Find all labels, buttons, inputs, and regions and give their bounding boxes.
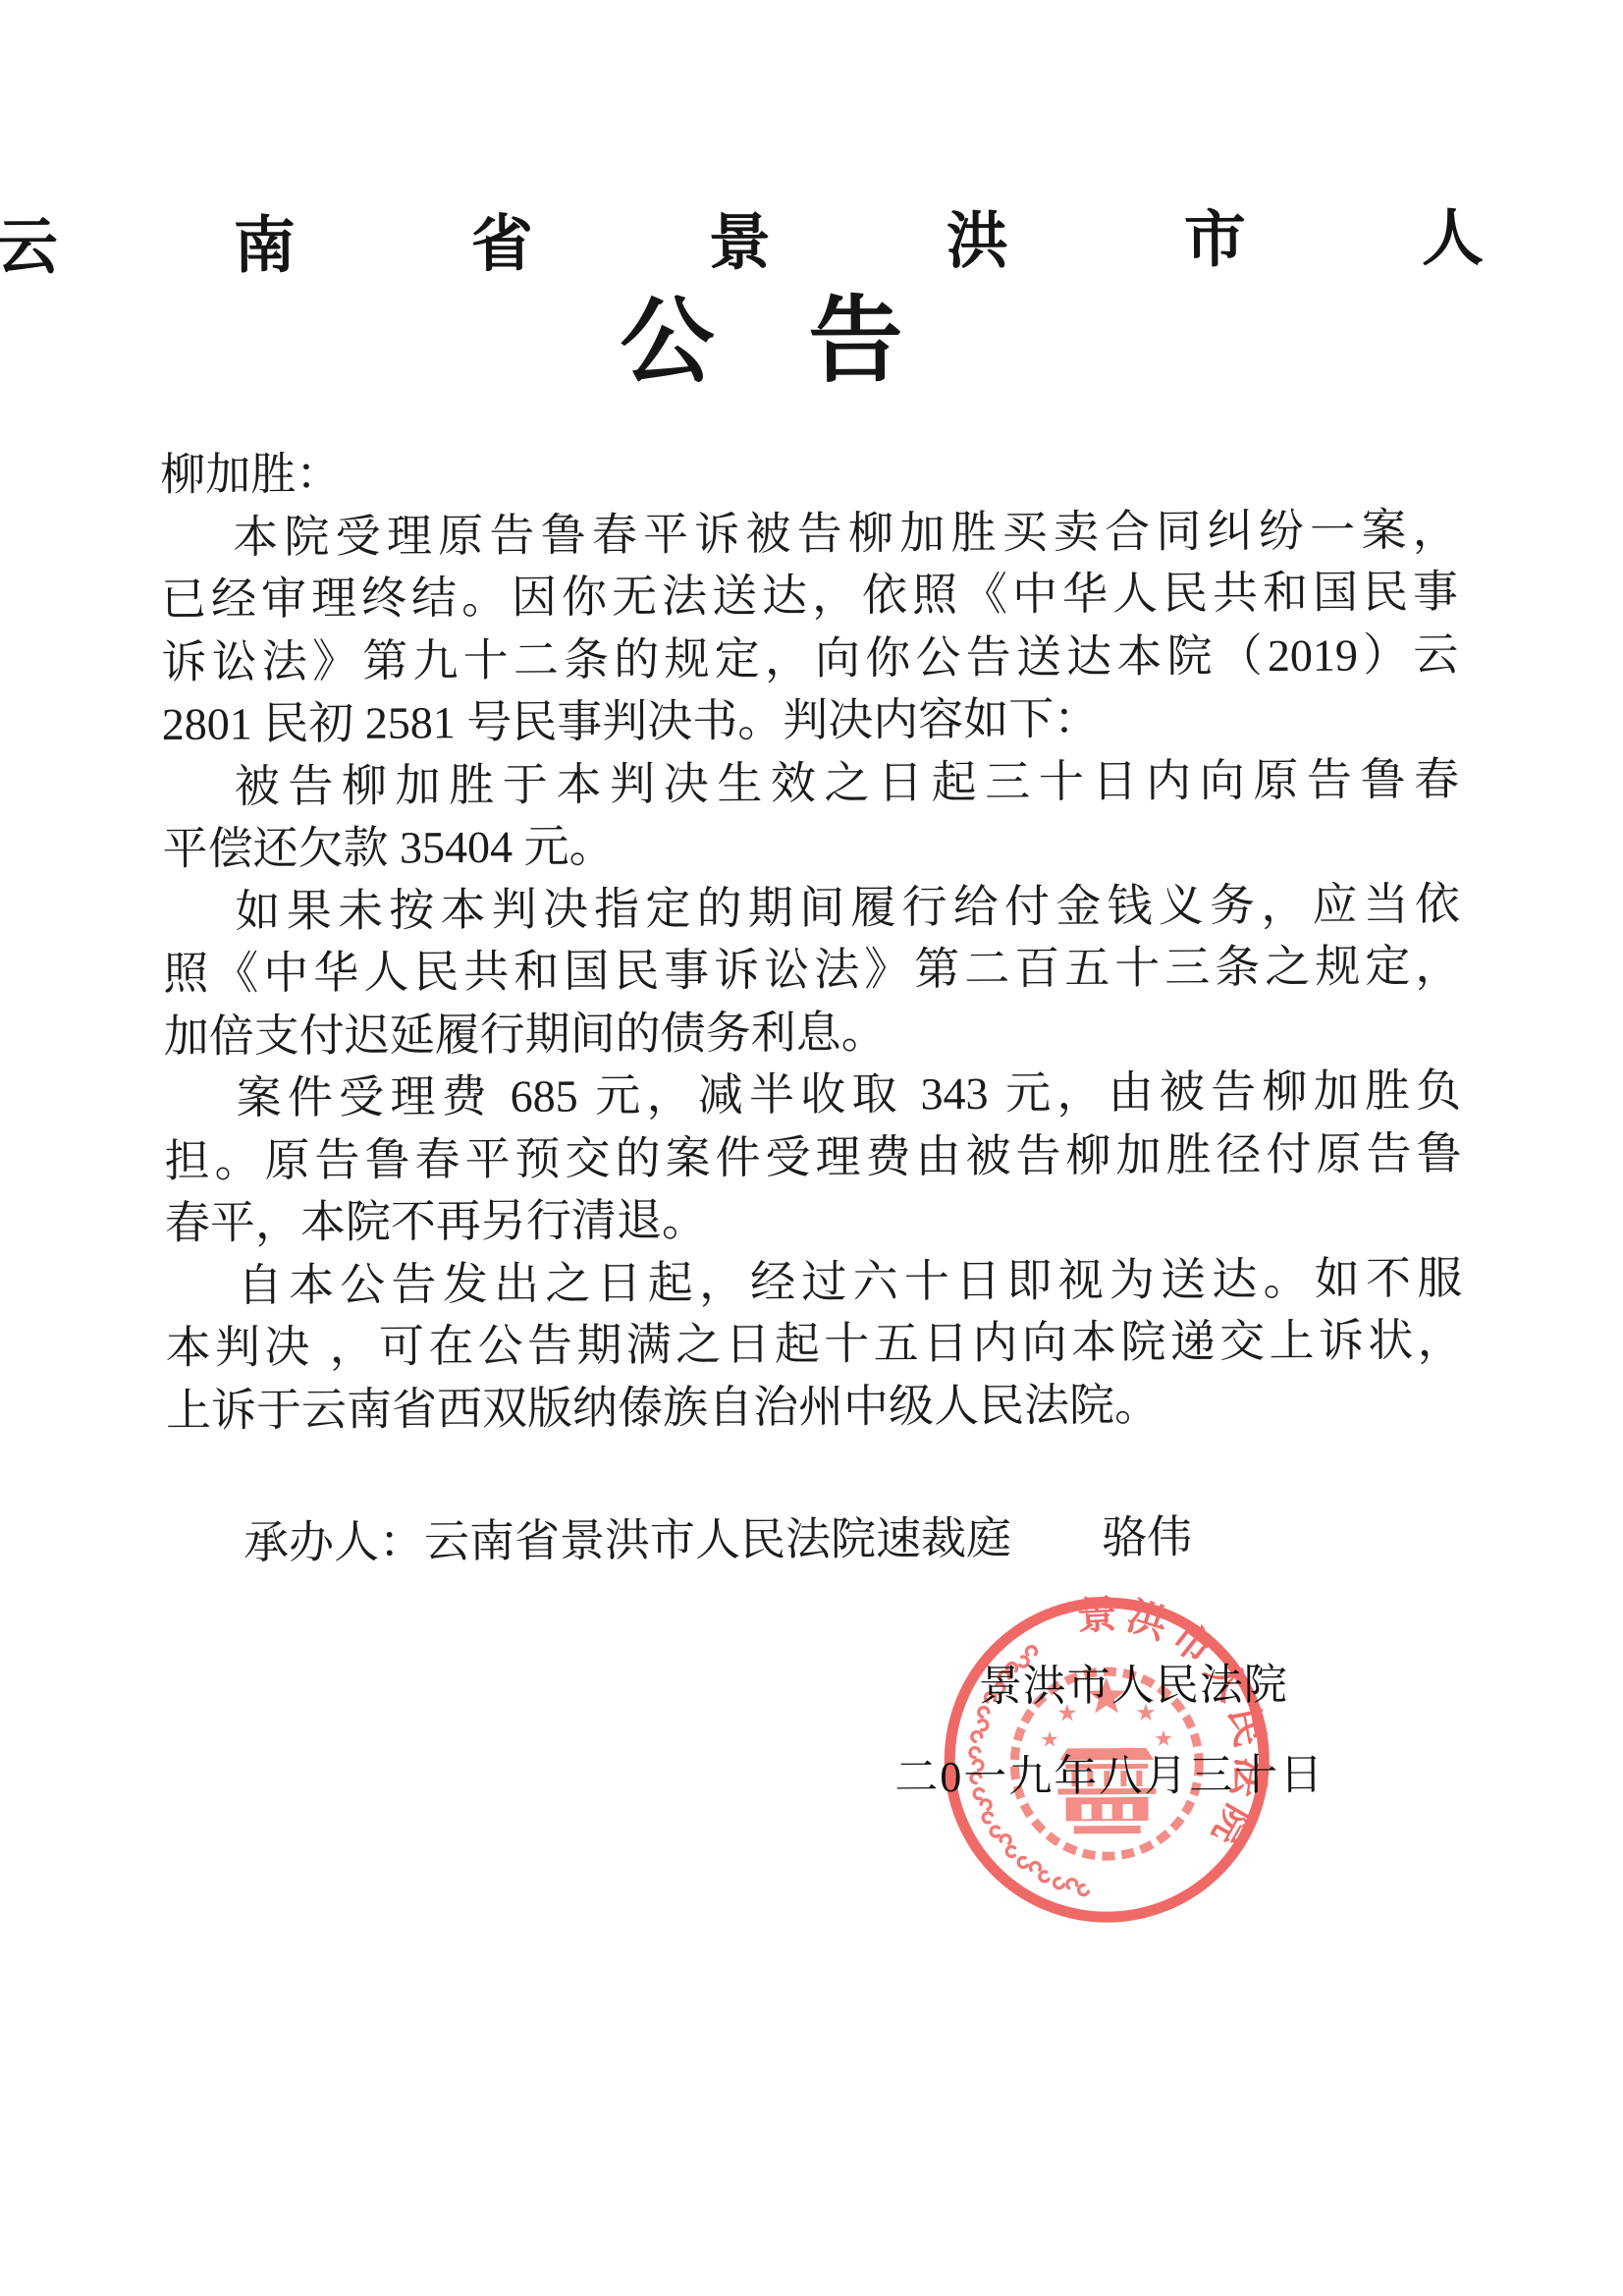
body-line: 加倍支付迟延履行期间的债务利息。 xyxy=(164,997,1461,1067)
body-line: 平偿还欠款 35404 元。 xyxy=(162,810,1459,881)
body-line: 已经审理终结。因你无法送达，依照《中华人民共和国民事 xyxy=(161,561,1458,631)
body-line: 案件受理费 685 元，减半收取 343 元，由被告柳加胜负 xyxy=(164,1060,1461,1130)
national-emblem-icon: ★ ★ ★ ★ xyxy=(1014,1671,1200,1857)
svg-text:★: ★ xyxy=(1040,1727,1059,1752)
handler-line: 承办人：云南省景洪市人民法院速裁庭 骆伟 xyxy=(167,1504,1464,1575)
body-line: 被告柳加胜于本判决生效之日起三十日内向原告鲁春 xyxy=(162,747,1459,818)
body-line: 上诉于云南省西双版纳傣族自治州中级人民法院。 xyxy=(166,1371,1463,1442)
svg-text:★: ★ xyxy=(1154,1727,1173,1752)
body-line: 如果未按本判决指定的期间履行给付金钱义务，应当依 xyxy=(163,872,1460,943)
announcement-body: 柳加胜： 本院受理原告鲁春平诉被告柳加胜买卖合同纠纷一案， 已经审理终结。因你无… xyxy=(160,436,1464,1575)
body-line: 本判决 ，可在公告期满之日起十五日内向本院递交上诉状， xyxy=(165,1309,1462,1380)
announcement-document: 云 南 省 景 洪 市 人 民 法 院 公 告 柳加胜： 本院受理原告鲁春平诉被… xyxy=(0,0,1623,2296)
announcement-title: 公 告 xyxy=(0,281,1527,405)
body-line: 担。原告鲁春平预交的案件受理费由被告柳加胜径付原告鲁 xyxy=(164,1121,1461,1192)
court-title: 云 南 省 景 洪 市 人 民 法 院 xyxy=(0,0,1526,286)
body-line: 本院受理原告鲁春平诉被告柳加胜买卖合同纠纷一案， xyxy=(160,498,1457,569)
svg-text:★: ★ xyxy=(1135,1699,1157,1726)
body-line: 照《中华人民共和国民事诉讼法》第二百五十三条之规定， xyxy=(163,935,1460,1006)
svg-text:★: ★ xyxy=(1056,1699,1078,1726)
document-page: 云 南 省 景 洪 市 人 民 法 院 公 告 柳加胜： 本院受理原告鲁春平诉被… xyxy=(0,0,1623,2296)
salutation-line: 柳加胜： xyxy=(160,436,1457,507)
body-line: 2801 民初 2581 号民事判决书。判决内容如下： xyxy=(162,685,1459,756)
body-line: 自本公告发出之日起，经过六十日即视为送达。如不服 xyxy=(165,1246,1462,1317)
body-line: 春平，本院不再另行清退。 xyxy=(165,1184,1462,1255)
official-seal: 景洪市人民法院 ★ ★ ★ ★ xyxy=(933,1588,1280,1932)
body-line: 诉讼法》第九十二条的规定，向你公告送达本院（2019）云 xyxy=(161,623,1458,693)
